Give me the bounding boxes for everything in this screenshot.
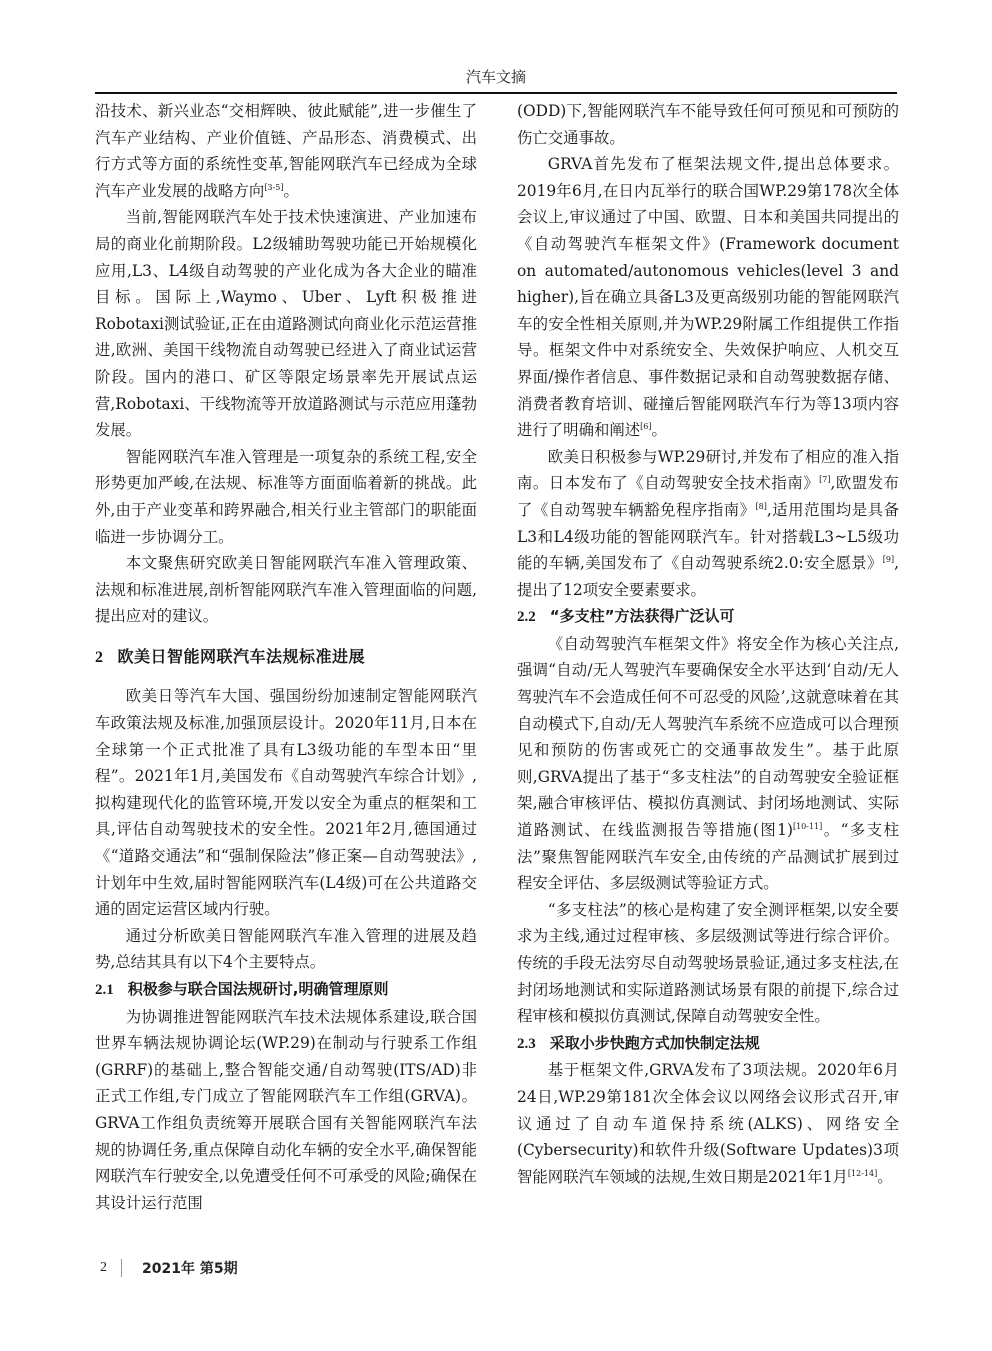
paragraph: 本文聚焦研究欧美日智能网联汽车准入管理政策、法规和标准进展,剖析智能网联汽车准入… [95, 550, 477, 630]
section-heading-2-1: 2.1积极参与联合国法规研讨,明确管理原则 [95, 976, 477, 1004]
issue-label: 2021年 第5期 [142, 1258, 238, 1278]
paragraph: 沿技术、新兴业态“交相辉映、彼此赋能”,进一步催生了汽车产业结构、产业价值链、产… [95, 98, 477, 204]
paragraph: (ODD)下,智能网联汽车不能导致任何可预见和可预防的伤亡交通事故。 [517, 98, 899, 151]
citation[interactable]: [8] [756, 502, 767, 511]
paragraph: 《自动驾驶汽车框架文件》将安全作为核心关注点,强调“自动/无人驾驶汽车要确保安全… [517, 631, 899, 897]
section-heading-2: 2欧美日智能网联汽车法规标准进展 [95, 644, 477, 672]
citation[interactable]: [3-5] [264, 183, 283, 192]
header-rule [95, 92, 897, 94]
paragraph: 欧美日积极参与WP.29研讨,并发布了相应的准入指南。日本发布了《自动驾驶安全技… [517, 444, 899, 604]
paragraph: 当前,智能网联汽车处于技术快速演进、产业加速布局的商业化前期阶段。L2级辅助驾驶… [95, 204, 477, 443]
paragraph: “多支柱法”的核心是构建了安全测评框架,以安全要求为主线,通过过程审核、多层级测… [517, 897, 899, 1030]
paragraph: GRVA首先发布了框架法规文件,提出总体要求。2019年6月,在日内瓦举行的联合… [517, 151, 899, 444]
paragraph: 通过分析欧美日智能网联汽车准入管理的进展及趋势,总结其具有以下4个主要特点。 [95, 923, 477, 976]
citation[interactable]: [9] [883, 555, 894, 564]
paragraph: 基于框架文件,GRVA发布了3项法规。2020年6月24日,WP.29第181次… [517, 1057, 899, 1190]
citation[interactable]: [7] [819, 475, 830, 484]
paragraph: 为协调推进智能网联汽车技术法规体系建设,联合国世界车辆法规协调论坛(WP.29)… [95, 1004, 477, 1217]
paragraph: 智能网联汽车准入管理是一项复杂的系统工程,安全形势更加严峻,在法规、标准等方面面… [95, 444, 477, 550]
page-footer: 2 2021年 第5期 [100, 1258, 238, 1278]
running-head-journal-title: 汽车文摘 [95, 66, 897, 87]
citation[interactable]: [6] [640, 422, 651, 431]
page-number: 2 [100, 1260, 107, 1276]
citation[interactable]: [10-11] [793, 822, 822, 831]
citation[interactable]: [12-14] [848, 1169, 877, 1178]
left-column: 沿技术、新兴业态“交相辉映、彼此赋能”,进一步催生了汽车产业结构、产业价值链、产… [95, 98, 477, 1216]
right-column: (ODD)下,智能网联汽车不能导致任何可预见和可预防的伤亡交通事故。 GRVA首… [517, 98, 899, 1190]
section-heading-2-2: 2.2“多支柱”方法获得广泛认可 [517, 603, 899, 631]
section-heading-2-3: 2.3采取小步快跑方式加快制定法规 [517, 1030, 899, 1058]
paragraph: 欧美日等汽车大国、强国纷纷加速制定智能网联汽车政策法规及标准,加强顶层设计。20… [95, 683, 477, 922]
footer-divider [121, 1259, 122, 1277]
